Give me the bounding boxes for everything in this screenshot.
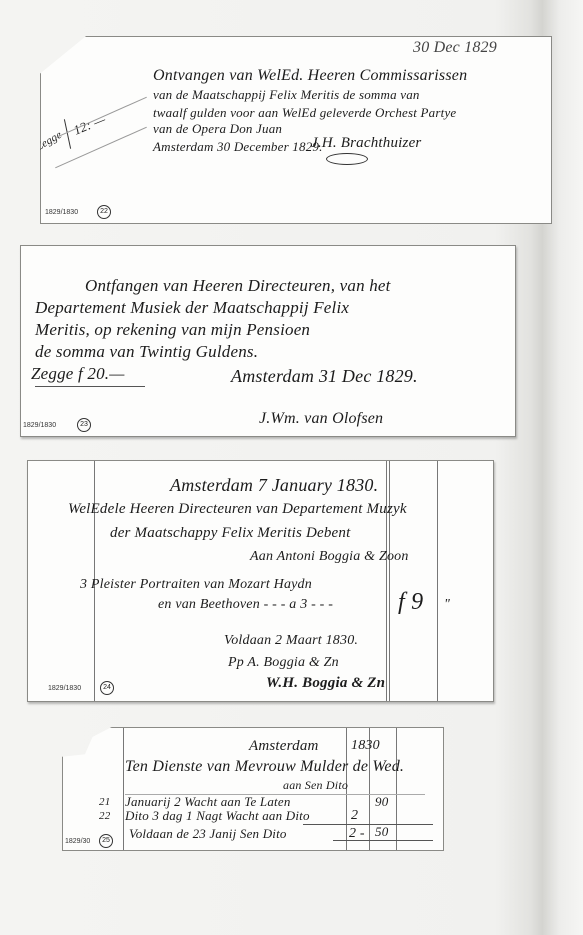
receipt-line: twaalf gulden voor aan WelEd geleverde O… (153, 105, 456, 121)
row-cents: 50 (375, 824, 388, 840)
catalog-number: 1829/1830 (45, 209, 78, 216)
item-number: 22 (97, 205, 111, 219)
receipt-line: Ontfangen van Heeren Directeuren, van he… (85, 276, 391, 296)
receipt-22: 30 Dec 1829 Ontvangen van WelEd. Heeren … (40, 36, 552, 224)
amount-column-rule (389, 461, 390, 701)
amount-underline (35, 386, 145, 387)
receipt-23: Ontfangen van Heeren Directeuren, van he… (20, 245, 516, 437)
corner-date: 30 Dec 1829 (413, 39, 497, 57)
margin-rule (123, 728, 124, 850)
cents-column-rule (437, 461, 438, 701)
amount: Zegge f 20.— (31, 364, 125, 384)
receipt-line: der Maatschappy Felix Meritis Debent (110, 525, 350, 542)
item-number: 24 (100, 681, 114, 695)
row-desc: Dito 3 dag 1 Nagt Wacht aan Dito (125, 808, 310, 824)
place: Amsterdam (249, 738, 319, 755)
item-cents: " (444, 597, 450, 613)
catalog-number: 1829/1830 (48, 685, 81, 692)
catalog-number: 1829/1830 (23, 422, 56, 429)
receipt-date: Amsterdam 31 Dec 1829. (231, 366, 418, 387)
receipt-line: Meritis, op rekening van mijn Pensioen (35, 320, 310, 340)
document-page: 30 Dec 1829 Ontvangen van WelEd. Heeren … (0, 0, 583, 935)
total-rule (333, 840, 433, 841)
receipt-line: Departement Musiek der Maatschappij Feli… (35, 298, 349, 318)
subtitle: aan Sen Dito (283, 778, 348, 793)
row-guilders: 2 (351, 808, 358, 824)
item-line: 3 Pleister Portraiten van Mozart Haydn (80, 577, 312, 593)
row-day: 21 (99, 796, 110, 808)
paid-note: Voldaan 2 Maart 1830. (224, 633, 358, 649)
receipt-line: van de Maatschappij Felix Meritis de som… (153, 87, 420, 103)
signature: J.Wm. van Olofsen (259, 410, 383, 428)
receipt-line: de somma van Twintig Guldens. (35, 342, 258, 362)
item-number: 25 (99, 834, 113, 848)
amount-label: Zegge (34, 129, 64, 153)
receipt-date: Amsterdam 30 December 1829. (153, 139, 323, 155)
item-line: en van Beethoven - - - a 3 - - - (158, 597, 333, 613)
receipt-line: van de Opera Don Juan (153, 121, 282, 137)
receipt-heading: Amsterdam 7 January 1830. (170, 475, 378, 496)
receipt-line: Aan Antoni Boggia & Zoon (250, 549, 409, 565)
title: Ten Dienste van Mevrouw Mulder de Wed. (125, 758, 404, 776)
amount-column-rule (386, 461, 387, 701)
item-number: 23 (77, 418, 91, 432)
signature: Pp A. Boggia & Zn (228, 655, 339, 671)
row-day: 22 (99, 810, 110, 822)
receipt-line: WelEdele Heeren Directeuren van Departem… (68, 501, 407, 518)
receipt-25: Amsterdam 1830 Ten Dienste van Mevrouw M… (62, 727, 444, 851)
item-amount: f 9 (398, 589, 423, 616)
receipt-line: Ontvangen van WelEd. Heeren Commissariss… (153, 67, 467, 85)
signature: J.H. Brachthuizer (311, 135, 421, 152)
catalog-number: 1829/30 (65, 838, 90, 845)
row-desc: Voldaan de 23 Janij Sen Dito (129, 826, 287, 842)
row-rule (303, 824, 433, 825)
year: 1830 (351, 738, 380, 754)
cents-column-rule (396, 728, 397, 850)
receipt-24: Amsterdam 7 January 1830. WelEdele Heere… (27, 460, 494, 702)
signature: W.H. Boggia & Zn (266, 675, 385, 692)
row-cents: 90 (375, 794, 388, 810)
signature-flourish (326, 153, 368, 165)
